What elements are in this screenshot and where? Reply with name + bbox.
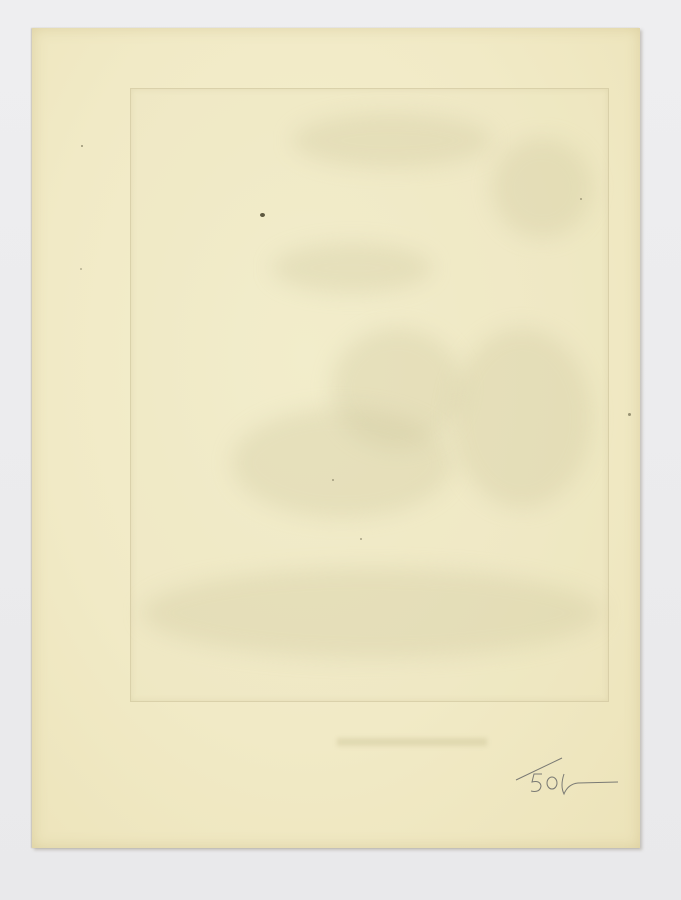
show-through-ghost xyxy=(272,243,432,293)
pencil-note-text: /50/— xyxy=(533,772,577,790)
show-through-caption xyxy=(337,738,487,746)
show-through-ghost xyxy=(452,328,592,508)
show-through-ghost xyxy=(142,568,602,658)
foxing-speck xyxy=(628,413,631,416)
show-through-ghost xyxy=(492,138,592,238)
foxing-speck xyxy=(80,268,82,270)
foxing-speck xyxy=(360,538,362,540)
foxing-speck xyxy=(260,213,265,217)
paper-sheet xyxy=(32,28,640,848)
foxing-speck xyxy=(580,198,582,200)
show-through-ghost xyxy=(292,113,492,168)
foxing-speck xyxy=(81,145,83,147)
foxing-speck xyxy=(332,479,334,481)
show-through-ghost xyxy=(232,408,452,518)
